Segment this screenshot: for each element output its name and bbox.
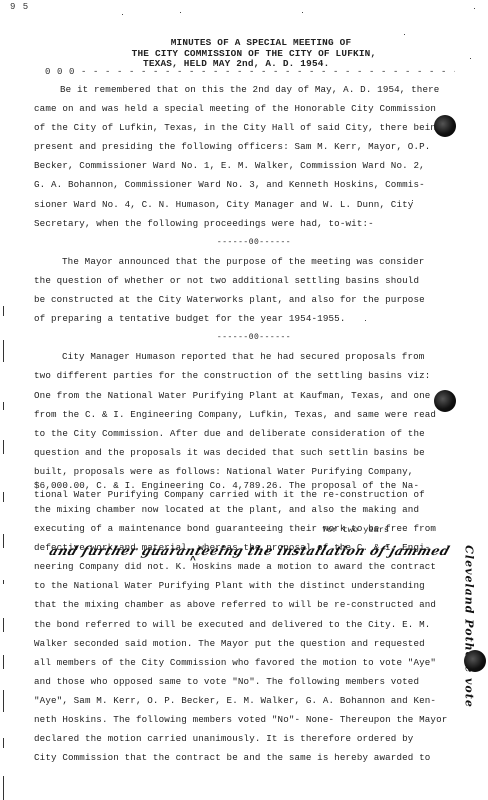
- binder-hole-icon: [464, 650, 486, 672]
- text-line: City Commission that the contract be and…: [34, 748, 454, 767]
- text-line: and those who opposed same to vote "No".…: [34, 672, 454, 691]
- text-line: Walker seconded said motion. The Mayor p…: [34, 634, 454, 653]
- text-line: be constructed at the City Waterworks pl…: [34, 290, 454, 309]
- scan-speck: [470, 58, 471, 59]
- handwritten-insert: and further guaranteeing the installatio…: [48, 543, 453, 558]
- text-line: tional Water Purifying Company carried w…: [34, 490, 454, 500]
- margin-handwritten-note: Cleveland Pothole vote: [454, 545, 476, 715]
- text-line: Secretary, when the following proceeding…: [34, 214, 454, 233]
- scan-speck: [122, 14, 123, 15]
- text-line: the bond referred to will be executed an…: [34, 615, 454, 634]
- text-line: from the C. & I. Engineering Company, Lu…: [34, 405, 454, 424]
- document-page: 9 5 MINUTES OF A SPECIAL MEETING OF THE …: [0, 0, 488, 800]
- text-line: the mixing chamber now located at the pl…: [34, 500, 454, 519]
- title-line-1: MINUTES OF A SPECIAL MEETING OF: [0, 38, 488, 49]
- interlinear-typed-insert: for two years: [322, 525, 389, 535]
- scan-speck: [302, 12, 303, 13]
- page-marker: 9 5: [10, 2, 29, 12]
- text-line: sioner Ward No. 4, C. N. Humason, City M…: [34, 195, 454, 214]
- scan-speck: [412, 200, 413, 201]
- document-title: MINUTES OF A SPECIAL MEETING OF THE CITY…: [0, 38, 488, 70]
- binder-hole-icon: [434, 390, 456, 412]
- text-line: "Aye", Sam M. Kerr, O. P. Becker, E. M. …: [34, 691, 454, 710]
- text-line: declared the motion carried unanimously.…: [34, 729, 454, 748]
- text-line: all members of the City Commission who f…: [34, 653, 454, 672]
- scan-speck: [180, 12, 181, 13]
- text-line: Becker, Commissioner Ward No. 1, E. M. W…: [34, 156, 454, 175]
- text-line: built, proposals were as follows: Nation…: [34, 462, 454, 481]
- text-line: of the City of Lufkin, Texas, in the Cit…: [34, 118, 454, 137]
- section-separator: ------00------: [34, 328, 454, 347]
- text-line: came on and was held a special meeting o…: [34, 99, 454, 118]
- text-line: Be it remembered that on this the 2nd da…: [34, 80, 454, 99]
- text-line: present and presiding the following offi…: [34, 137, 454, 156]
- margin-note-text: Cleveland Pothole vote: [463, 542, 476, 712]
- text-line: to the National Water Purifying Plant wi…: [34, 576, 454, 595]
- text-line: the question of whether or not two addit…: [34, 271, 454, 290]
- scan-speck: [404, 34, 405, 35]
- text-line: One from the National Water Purifying Pl…: [34, 386, 454, 405]
- scan-speck: [365, 320, 366, 321]
- text-line: executing of a maintenance bond guarante…: [34, 519, 454, 538]
- section-separator: ------00------: [34, 233, 454, 252]
- text-line: neering Company did not. K. Hoskins made…: [34, 557, 454, 576]
- text-line: The Mayor announced that the purpose of …: [34, 252, 454, 271]
- text-line: question and the proposals it was decide…: [34, 443, 454, 462]
- header-separator: 0 0 0 - - - - - - - - - - - - - - - - - …: [45, 67, 455, 77]
- left-edge-binding-marks: [0, 0, 10, 800]
- text-line: of preparing a tentative budget for the …: [34, 309, 454, 328]
- minutes-body: Be it remembered that on this the 2nd da…: [34, 80, 454, 767]
- scan-speck: [474, 8, 475, 9]
- insertion-caret-icon: ^: [190, 556, 196, 567]
- text-line: G. A. Bohannon, Commissioner Ward No. 3,…: [34, 175, 454, 194]
- text-line: neth Hoskins. The following members vote…: [34, 710, 454, 729]
- text-line: that the mixing chamber as above referre…: [34, 595, 454, 614]
- text-line: two different parties for the constructi…: [34, 366, 454, 385]
- text-line: to the City Commission. After due and de…: [34, 424, 454, 443]
- binder-hole-icon: [434, 115, 456, 137]
- text-line: City Manager Humason reported that he ha…: [34, 347, 454, 366]
